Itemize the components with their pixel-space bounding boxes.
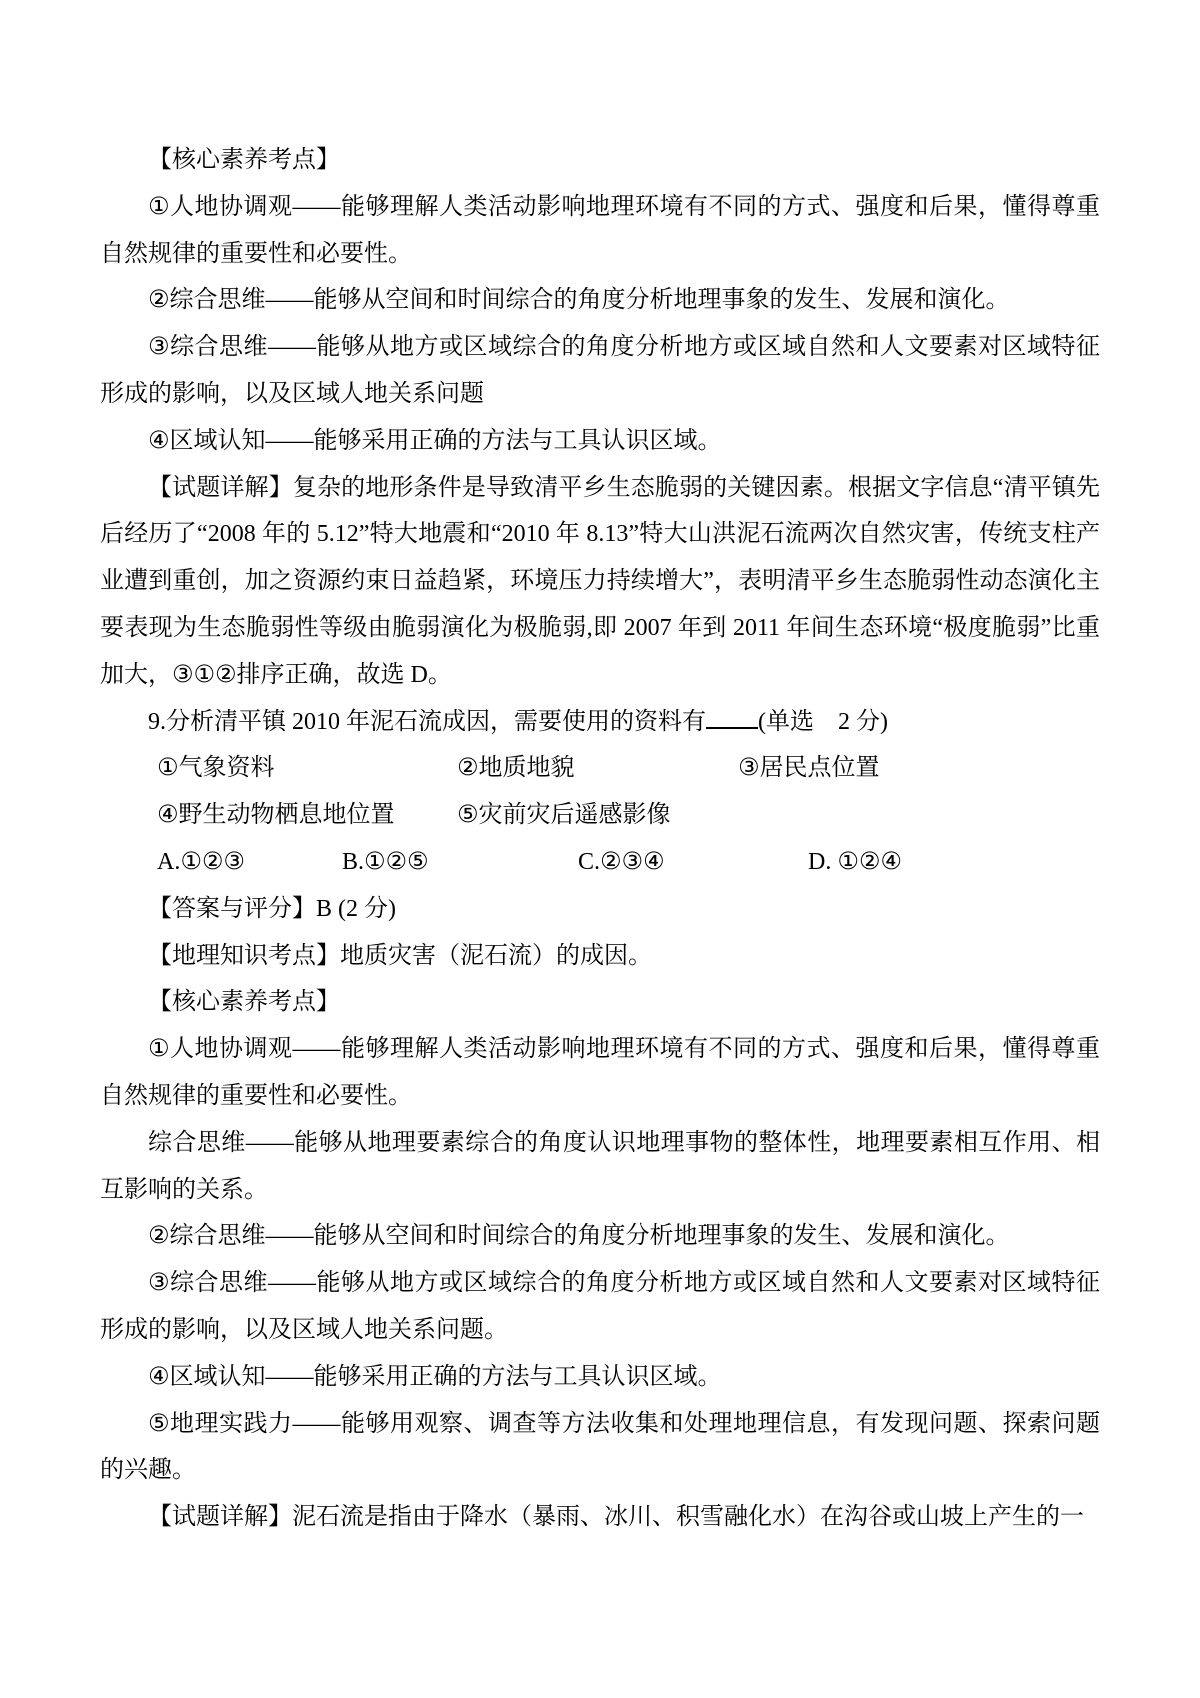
- section1-point-2: ②综合思维——能够从空间和时间综合的角度分析地理事象的发生、发展和演化。: [100, 277, 1100, 324]
- section2-explanation: 【试题详解】泥石流是指由于降水（暴雨、冰川、积雪融化水）在沟谷或山坡上产生的一: [100, 1494, 1100, 1541]
- document-page: 【核心素养考点】 ①人地协调观——能够理解人类活动影响地理环境有不同的方式、强度…: [0, 0, 1200, 1698]
- choice-d: D. ①②④: [808, 839, 902, 886]
- material-option-5: ⑤灾前灾后遥感影像: [457, 792, 671, 839]
- section2-point-2: 综合思维——能够从地理要素综合的角度认识地理事物的整体性，地理要素相互作用、相互…: [100, 1120, 1100, 1214]
- section2-point-3: ②综合思维——能够从空间和时间综合的角度分析地理事象的发生、发展和演化。: [100, 1213, 1100, 1260]
- document-content: 【核心素养考点】 ①人地协调观——能够理解人类活动影响地理环境有不同的方式、强度…: [100, 137, 1100, 1541]
- section2-point-6: ⑤地理实践力——能够用观察、调查等方法收集和处理地理信息，有发现问题、探索问题的…: [100, 1401, 1100, 1495]
- core-literacy-heading-2: 【核心素养考点】: [100, 979, 1100, 1026]
- choice-b: B.①②⑤: [342, 839, 429, 886]
- section1-point-3: ③综合思维——能够从地方或区域综合的角度分析地方或区域自然和人文要素对区域特征形…: [100, 324, 1100, 418]
- fill-in-blank: [706, 704, 758, 729]
- section2-point-4: ③综合思维——能够从地方或区域综合的角度分析地方或区域自然和人文要素对区域特征形…: [100, 1260, 1100, 1354]
- choice-a: A.①②③: [157, 839, 245, 886]
- choice-c: C.②③④: [578, 839, 665, 886]
- choices-row: A.①②③ B.①②⑤ C.②③④ D. ①②④: [100, 839, 1100, 886]
- question-9-meta: (单选 2 分): [758, 709, 888, 735]
- question-9-text: 9.分析清平镇 2010 年泥石流成因，需要使用的资料有: [148, 709, 706, 735]
- answer-score-line: 【答案与评分】B (2 分): [100, 886, 1100, 933]
- material-option-1: ①气象资料: [157, 745, 275, 792]
- section2-point-5: ④区域认知——能够采用正确的方法与工具认识区域。: [100, 1354, 1100, 1401]
- materials-row-1: ①气象资料 ②地质地貌 ③居民点位置: [100, 745, 1100, 792]
- material-option-4: ④野生动物栖息地位置: [157, 792, 395, 839]
- section2-point-1: ①人地协调观——能够理解人类活动影响地理环境有不同的方式、强度和后果，懂得尊重自…: [100, 1026, 1100, 1120]
- material-option-3: ③居民点位置: [738, 745, 880, 792]
- question-9-stem: 9.分析清平镇 2010 年泥石流成因，需要使用的资料有(单选 2 分): [100, 699, 1100, 746]
- section1-explanation: 【试题详解】复杂的地形条件是导致清平乡生态脆弱的关键因素。根据文字信息“清平镇先…: [100, 465, 1100, 699]
- section1-point-1: ①人地协调观——能够理解人类活动影响地理环境有不同的方式、强度和后果，懂得尊重自…: [100, 184, 1100, 278]
- knowledge-point-line: 【地理知识考点】地质灾害（泥石流）的成因。: [100, 933, 1100, 980]
- materials-row-2: ④野生动物栖息地位置 ⑤灾前灾后遥感影像: [100, 792, 1100, 839]
- section1-point-4: ④区域认知——能够采用正确的方法与工具认识区域。: [100, 418, 1100, 465]
- core-literacy-heading-1: 【核心素养考点】: [100, 137, 1100, 184]
- material-option-2: ②地质地貌: [457, 745, 575, 792]
